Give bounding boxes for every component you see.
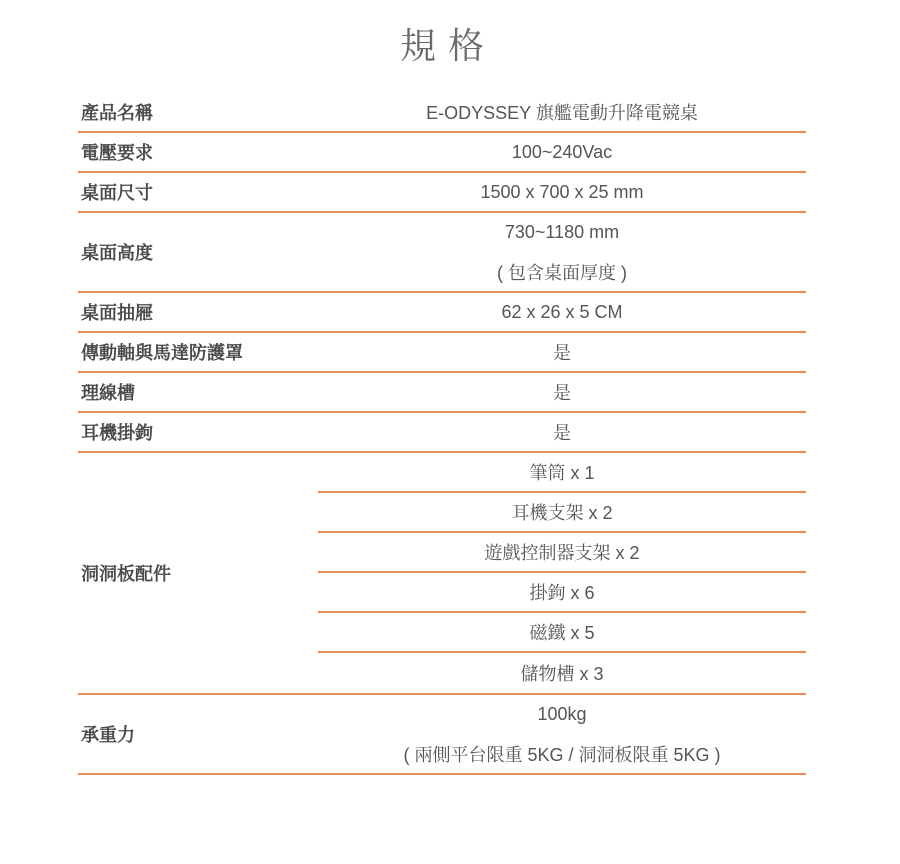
row-value: E-ODYSSEY 旗艦電動升降電競桌 (318, 99, 806, 125)
row-label: 承重力 (78, 721, 318, 747)
row-label: 桌面尺寸 (78, 179, 318, 205)
row-value: 100~240Vac (318, 142, 806, 163)
row-label: 電壓要求 (78, 139, 318, 165)
row-value: 是 (318, 339, 806, 365)
row-value-line1: 100kg (318, 695, 806, 734)
row-label: 桌面高度 (78, 239, 318, 265)
row-value-line2: ( 包含桌面厚度 ) (318, 252, 806, 291)
row-value: 1500 x 700 x 25 mm (318, 182, 806, 203)
row-value: 是 (318, 419, 806, 445)
pegboard-subrow: 儲物槽 x 3 (318, 653, 806, 693)
table-row-pegboard-accessories: 洞洞板配件 筆筒 x 1 耳機支架 x 2 遊戲控制器支架 x 2 掛鉤 x 6… (78, 453, 806, 695)
spec-sheet-page: 規格 產品名稱 E-ODYSSEY 旗艦電動升降電競桌 電壓要求 100~240… (0, 0, 900, 864)
row-label: 桌面抽屜 (78, 299, 318, 325)
pegboard-subrow: 筆筒 x 1 (318, 453, 806, 493)
table-row-cable-tray: 理線槽 是 (78, 373, 806, 413)
table-row-headphone-hook: 耳機掛鉤 是 (78, 413, 806, 453)
row-label: 產品名稱 (78, 99, 318, 125)
row-label: 耳機掛鉤 (78, 419, 318, 445)
table-row-load-capacity: 承重力 100kg ( 兩側平台限重 5KG / 洞洞板限重 5KG ) (78, 695, 806, 775)
row-value-line2: ( 兩側平台限重 5KG / 洞洞板限重 5KG ) (318, 734, 806, 773)
row-value: 是 (318, 379, 806, 405)
page-title: 規格 (78, 0, 806, 69)
row-label: 洞洞板配件 (78, 453, 318, 693)
pegboard-subrow: 掛鉤 x 6 (318, 573, 806, 613)
pegboard-subrow: 遊戲控制器支架 x 2 (318, 533, 806, 573)
row-value: 62 x 26 x 5 CM (318, 302, 806, 323)
pegboard-subrow: 耳機支架 x 2 (318, 493, 806, 533)
spec-table: 產品名稱 E-ODYSSEY 旗艦電動升降電競桌 電壓要求 100~240Vac… (78, 93, 806, 775)
row-value: 730~1180 mm ( 包含桌面厚度 ) (318, 213, 806, 291)
pegboard-subrow: 磁鐵 x 5 (318, 613, 806, 653)
table-row-desktop-height: 桌面高度 730~1180 mm ( 包含桌面厚度 ) (78, 213, 806, 293)
row-value-line1: 730~1180 mm (318, 213, 806, 252)
row-value: 100kg ( 兩側平台限重 5KG / 洞洞板限重 5KG ) (318, 695, 806, 773)
pegboard-subrows: 筆筒 x 1 耳機支架 x 2 遊戲控制器支架 x 2 掛鉤 x 6 磁鐵 x … (318, 453, 806, 693)
row-label: 理線槽 (78, 379, 318, 405)
table-row-product-name: 產品名稱 E-ODYSSEY 旗艦電動升降電競桌 (78, 93, 806, 133)
table-row-desktop-size: 桌面尺寸 1500 x 700 x 25 mm (78, 173, 806, 213)
table-row-motor-cover: 傳動軸與馬達防護罩 是 (78, 333, 806, 373)
row-label: 傳動軸與馬達防護罩 (78, 339, 318, 365)
table-row-voltage: 電壓要求 100~240Vac (78, 133, 806, 173)
table-row-drawer: 桌面抽屜 62 x 26 x 5 CM (78, 293, 806, 333)
